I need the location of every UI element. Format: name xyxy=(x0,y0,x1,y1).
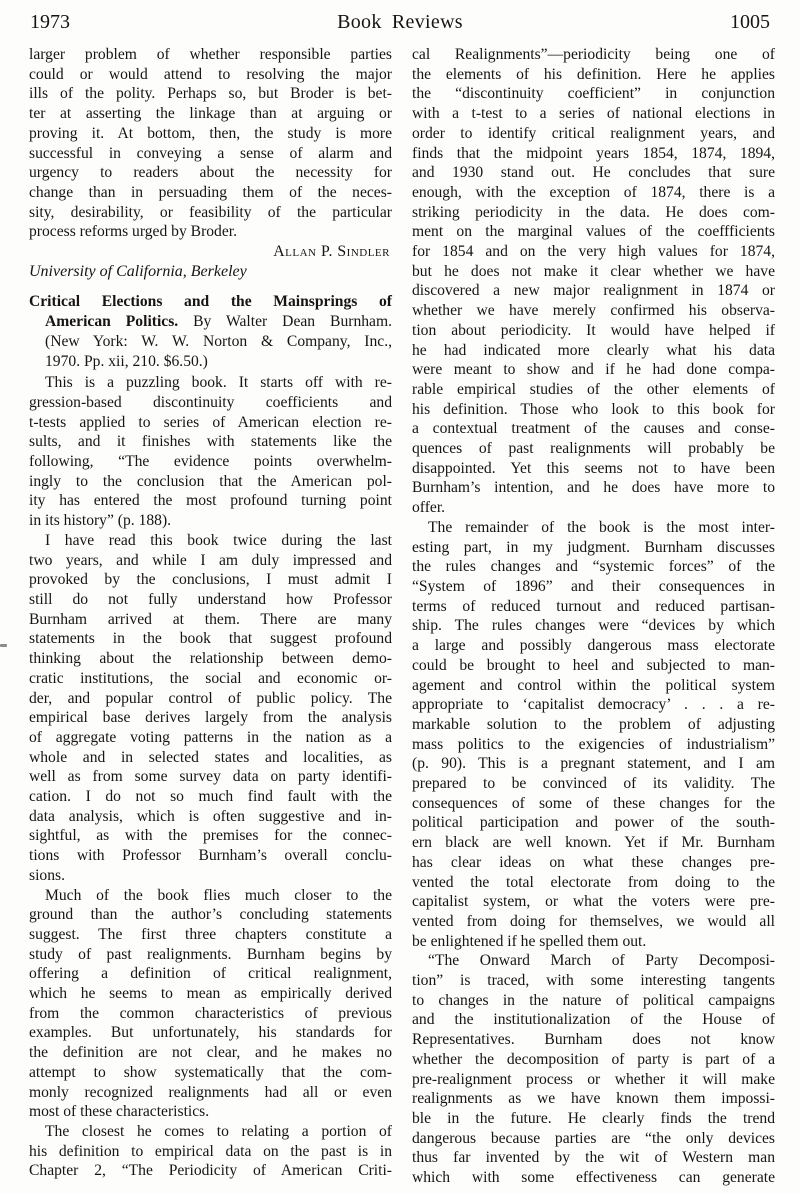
text-line: he had indicated more clearly what his d… xyxy=(412,341,775,361)
text-line: tions with Professor Burnham’s overall c… xyxy=(29,846,392,866)
text-line: der, and popular control of public polic… xyxy=(29,689,392,709)
text-line: Representatives. Burnham does not know xyxy=(412,1030,775,1050)
text-line: t-tests applied to series of American el… xyxy=(29,413,392,433)
text-line: discovered a new major realignment in 18… xyxy=(412,281,775,301)
citation-line: (New York: W. W. Norton & Company, Inc., xyxy=(29,332,392,352)
text-line: were meant to show and if he had done co… xyxy=(412,360,775,380)
paragraph: The closest he comes to relating a porti… xyxy=(29,1122,392,1181)
reviewer-signature: Allan P. Sindler xyxy=(29,242,392,262)
text-line: the “discontinuity coefficient” in conju… xyxy=(412,84,775,104)
text-line: the definition are not clear, and he mak… xyxy=(29,1043,392,1063)
text-line: tion” is traced, with some interesting t… xyxy=(412,971,775,991)
text-line: study of past realignments. Burnham begi… xyxy=(29,945,392,965)
text-line: (p. 90). This is a pregnant statement, a… xyxy=(412,754,775,774)
text-line: ity has entered the most profound turnin… xyxy=(29,491,392,511)
text-line: I have read this book twice during the l… xyxy=(29,531,392,551)
text-line: monly recognized realignments had all or… xyxy=(29,1083,392,1103)
text-line: Chapter 2, “The Periodicity of American … xyxy=(29,1161,392,1181)
text-line: pre-realignment process or whether it wi… xyxy=(412,1070,775,1090)
text-line: process reforms urged by Broder. xyxy=(29,222,392,242)
two-column-body: larger problem of whether responsible pa… xyxy=(0,35,800,1188)
book-title-segment: Critical Elections and the Mainsprings o… xyxy=(29,293,392,310)
text-line: sity, desirability, or feasibility of th… xyxy=(29,203,392,223)
text-line: a large and possibly dangerous mass elec… xyxy=(412,636,775,656)
paragraph: I have read this book twice during the l… xyxy=(29,531,392,886)
text-line: order to identify critical realignment y… xyxy=(412,124,775,144)
text-line: following, “The evidence points overwhel… xyxy=(29,452,392,472)
text-line: thus far invented by the wit of Western … xyxy=(412,1148,775,1168)
text-line: striking periodicity in the data. He doe… xyxy=(412,203,775,223)
text-line: cal Realignments”—periodicity being one … xyxy=(412,45,775,65)
text-line: Much of the book flies much closer to th… xyxy=(29,886,392,906)
text-line: suggest. The first three chapters consti… xyxy=(29,925,392,945)
journal-page-number: 1005 xyxy=(730,9,770,35)
paragraph: larger problem of whether responsible pa… xyxy=(29,45,392,242)
text-line: his definition to empirical data on the … xyxy=(29,1142,392,1162)
text-line: and 1930 stand out. He concludes that su… xyxy=(412,163,775,183)
text-line: has clear ideas on what these changes pr… xyxy=(412,853,775,873)
paragraph: This is a puzzling book. It starts off w… xyxy=(29,373,392,531)
text-line: dangerous because parties are “the only … xyxy=(412,1129,775,1149)
column-left: larger problem of whether responsible pa… xyxy=(29,45,392,1188)
text-line: finds that the midpoint years 1854, 1874… xyxy=(412,144,775,164)
text-line: the elements of his definition. Here he … xyxy=(412,65,775,85)
text-line: ter at asserting the linkage than at arg… xyxy=(29,104,392,124)
text-line: successful in conveying a sense of alarm… xyxy=(29,144,392,164)
text-line: with a t-test to a series of national el… xyxy=(412,104,775,124)
text-line: realignments as we have known them impos… xyxy=(412,1089,775,1109)
text-line: but he does not make it clear whether we… xyxy=(412,262,775,282)
text-line: most of these characteristics. xyxy=(29,1102,392,1122)
text-line: political participation and power of the… xyxy=(412,813,775,833)
text-line: sions. xyxy=(29,866,392,886)
paragraph: Much of the book flies much closer to th… xyxy=(29,886,392,1122)
text-line: mass politics to the exigencies of indus… xyxy=(412,735,775,755)
citation-segment: (New York: W. W. Norton & Company, Inc., xyxy=(45,333,392,350)
text-line: enough, with the exception of 1874, ther… xyxy=(412,183,775,203)
text-line: urgency to readers about the necessity f… xyxy=(29,163,392,183)
book-citation-heading: Critical Elections and the Mainsprings o… xyxy=(29,292,392,371)
text-line: vented the total electorate from doing t… xyxy=(412,873,775,893)
text-line: could or would attend to resolving the m… xyxy=(29,65,392,85)
citation-line: 1970. Pp. xii, 210. $6.50.) xyxy=(29,352,392,372)
text-line: in its history” (p. 188). xyxy=(29,511,392,531)
text-line: Burnham’s intention, and he does have mo… xyxy=(412,478,775,498)
text-line: cation. I do not so much find fault with… xyxy=(29,787,392,807)
text-line: cratic institutions, the social and econ… xyxy=(29,669,392,689)
text-line: prepared to be convinced of its validity… xyxy=(412,774,775,794)
text-line: tion about periodicity. It would have he… xyxy=(412,321,775,341)
text-line: attempt to show systematically that the … xyxy=(29,1063,392,1083)
text-line: and the institutionalization of the Hous… xyxy=(412,1010,775,1030)
text-line: proving it. At bottom, then, the study i… xyxy=(29,124,392,144)
text-line: whether we have merely confirmed his obs… xyxy=(412,301,775,321)
text-line: capitalist system, or what the voters we… xyxy=(412,892,775,912)
text-line: change than in persuading them of the ne… xyxy=(29,183,392,203)
citation-line: American Politics. By Walter Dean Burnha… xyxy=(29,312,392,332)
text-line: a contextual treatment of the causes and… xyxy=(412,419,775,439)
scan-artifact-mark xyxy=(0,644,7,647)
text-line: data analysis, which is often suggestive… xyxy=(29,807,392,827)
text-line: appropriate to ‘capitalist democracy’ . … xyxy=(412,695,775,715)
text-line: esting part, in my judgment. Burnham dis… xyxy=(412,538,775,558)
text-line: terms of reduced turnout and reduced par… xyxy=(412,597,775,617)
reviewer-affiliation: University of California, Berkeley xyxy=(29,262,392,282)
text-line: thinking about the relationship between … xyxy=(29,649,392,669)
text-line: The remainder of the book is the most in… xyxy=(412,518,775,538)
journal-page: 1973 Book Reviews 1005 larger problem of… xyxy=(0,0,800,1194)
text-line: be enlightened if he spelled them out. xyxy=(412,932,775,952)
column-right: cal Realignments”—periodicity being one … xyxy=(412,45,775,1188)
text-line: consequences of some of these changes fo… xyxy=(412,794,775,814)
text-line: for 1854 and on the very high values for… xyxy=(412,242,775,262)
text-line: ble in the future. He clearly finds the … xyxy=(412,1109,775,1129)
text-line: gression-based discontinuity coefficient… xyxy=(29,393,392,413)
text-line: whole and in selected states and localit… xyxy=(29,748,392,768)
text-line: larger problem of whether responsible pa… xyxy=(29,45,392,65)
book-title-segment: American Politics. xyxy=(45,313,178,330)
text-line: provoked by the conclusions, I must admi… xyxy=(29,570,392,590)
text-line: This is a puzzling book. It starts off w… xyxy=(29,373,392,393)
text-line: agement and control within the political… xyxy=(412,676,775,696)
text-line: disappointed. Yet this seems not to have… xyxy=(412,459,775,479)
text-line: statements in the book that suggest prof… xyxy=(29,629,392,649)
text-line: “System of 1896” and their consequences … xyxy=(412,577,775,597)
citation-line: Critical Elections and the Mainsprings o… xyxy=(29,292,392,312)
text-line: vented from doing for themselves, we wou… xyxy=(412,912,775,932)
text-line: of aggregate voting patterns in the nati… xyxy=(29,728,392,748)
page-header: 1973 Book Reviews 1005 xyxy=(0,0,800,35)
text-line: markable solution to the problem of adju… xyxy=(412,715,775,735)
text-line: offer. xyxy=(412,498,775,518)
section-title: Book Reviews xyxy=(337,9,463,35)
text-line: ship. The rules changes were “devices by… xyxy=(412,616,775,636)
paragraph: The remainder of the book is the most in… xyxy=(412,518,775,951)
text-line: “The Onward March of Party Decomposi- xyxy=(412,951,775,971)
text-line: the rules changes and “systemic forces” … xyxy=(412,557,775,577)
text-line: well as from some survey data on party i… xyxy=(29,767,392,787)
text-line: which with some effectiveness can genera… xyxy=(412,1168,775,1188)
text-line: ingly to the conclusion that the America… xyxy=(29,472,392,492)
paragraph: “The Onward March of Party Decomposi-tio… xyxy=(412,951,775,1187)
text-line: empirical base derives largely from the … xyxy=(29,708,392,728)
text-line: still do not fully understand how Profes… xyxy=(29,590,392,610)
text-line: quences of past realignments will probab… xyxy=(412,439,775,459)
text-line: whether the decomposition of party is pa… xyxy=(412,1050,775,1070)
paragraph: cal Realignments”—periodicity being one … xyxy=(412,45,775,518)
text-line: ills of the polity. Perhaps so, but Brod… xyxy=(29,84,392,104)
text-line: ground than the author’s concluding stat… xyxy=(29,905,392,925)
citation-segment: By Walter Dean Burnham. xyxy=(178,313,392,330)
text-line: his definition. Those who look to this b… xyxy=(412,400,775,420)
journal-year: 1973 xyxy=(30,9,70,35)
text-line: ern black are well known. Yet if Mr. Bur… xyxy=(412,833,775,853)
text-line: which he seems to mean as empirically de… xyxy=(29,984,392,1004)
text-line: ment on the marginal values of the coeff… xyxy=(412,222,775,242)
text-line: The closest he comes to relating a porti… xyxy=(29,1122,392,1142)
text-line: sightful, as with the premises for the c… xyxy=(29,826,392,846)
text-line: sults, and it finishes with statements l… xyxy=(29,432,392,452)
text-line: rable empirical studies of the other ele… xyxy=(412,380,775,400)
text-line: from the common characteristics of previ… xyxy=(29,1004,392,1024)
text-line: two years, and while I am duly impressed… xyxy=(29,551,392,571)
text-line: could be brought to heel and subjected t… xyxy=(412,656,775,676)
citation-segment: 1970. Pp. xii, 210. $6.50.) xyxy=(45,353,208,370)
text-line: to changes in the nature of political ca… xyxy=(412,991,775,1011)
text-line: offering a definition of critical realig… xyxy=(29,964,392,984)
text-line: examples. But unfortunately, his standar… xyxy=(29,1023,392,1043)
text-line: Burnham arrived at them. There are many xyxy=(29,610,392,630)
